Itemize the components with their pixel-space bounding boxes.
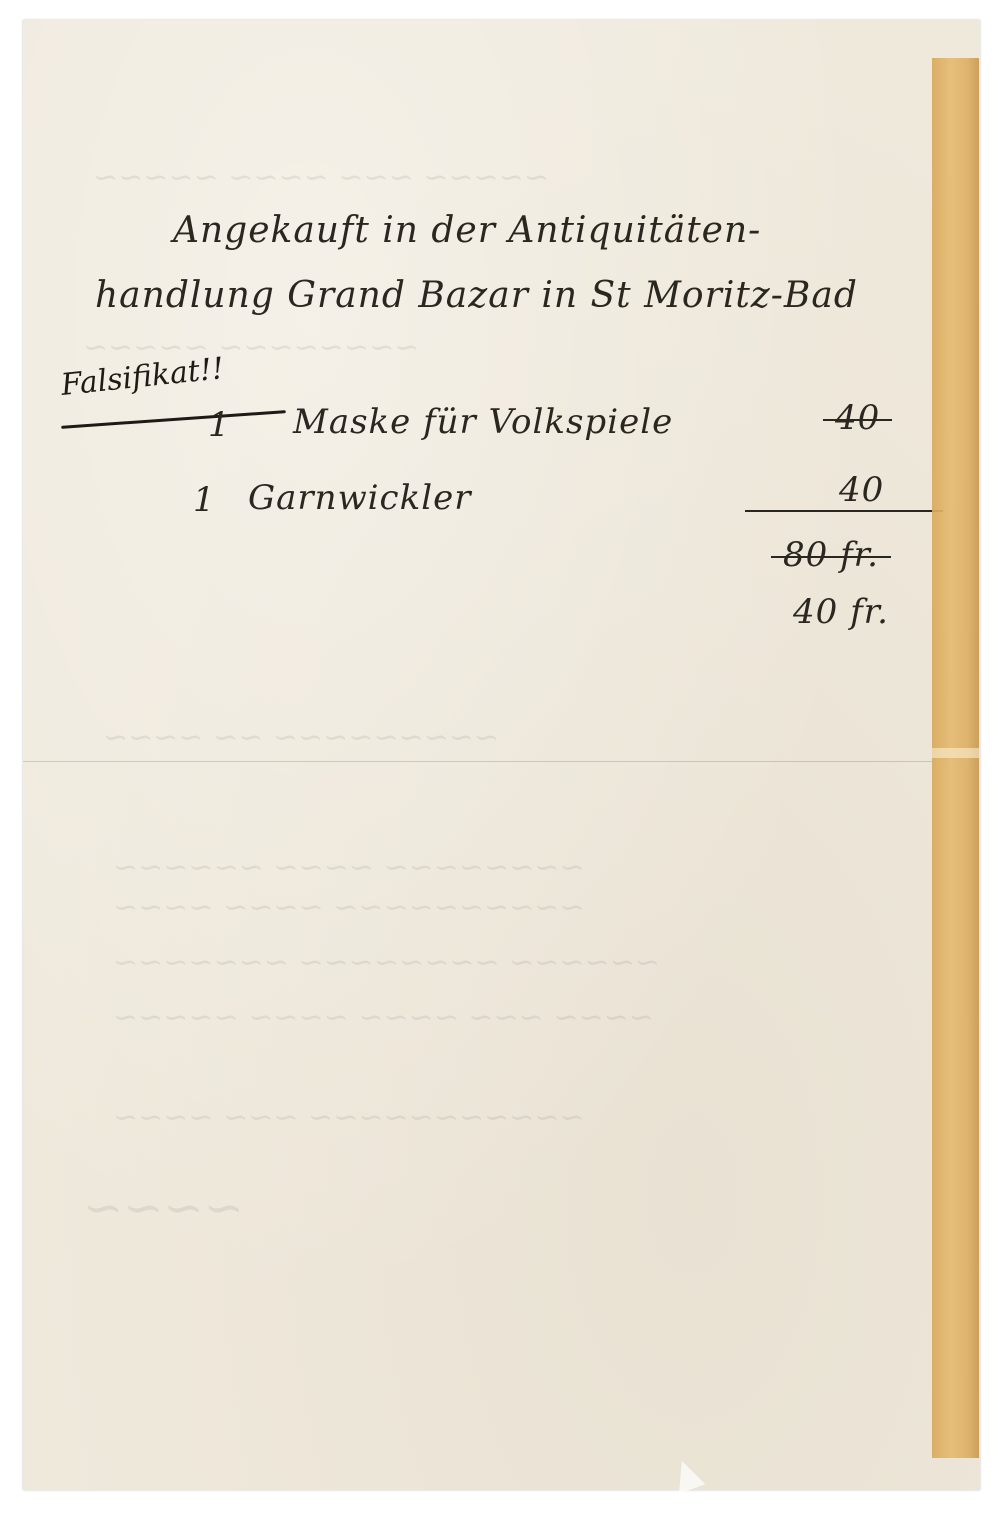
show-through-text: ~~~~~~~~~ ~~ ~~~~ [103,720,499,755]
sum-rule [745,510,943,512]
show-through-text: ~~~~~~~~~~~ ~~~ ~~~~ [113,1100,585,1135]
item-1-quantity: 1 [208,405,231,445]
show-through-text: ~~~~ ~~~ ~~~~ ~~~~ ~~~~~ [113,1000,654,1035]
heading-line-1: Angekauft in der Antiquitäten- [173,210,761,251]
total-corrected: 40 fr. [793,592,889,632]
item-2-description: Garnwickler [248,478,471,518]
total-original: 80 fr. [783,535,879,575]
show-through-text: ~~~~~~~~ ~~~~ ~~~~~~ [113,850,585,885]
tape-crease [932,748,979,758]
paper-fold-crease [23,761,933,762]
show-through-text: ~~~~~~ ~~~~~~~~ ~~~~~~~ [113,945,660,980]
item-2-price: 40 [839,470,884,510]
item-2-quantity: 1 [193,480,216,520]
adhesive-tape-strip [932,58,979,1458]
item-1-description: Maske für Volkspiele [293,402,673,442]
show-through-text: ~~~~~~~~~~ ~~~~ ~~~~ [113,890,585,925]
paper-sheet: ~~~~~ ~~~ ~~~~ ~~~~~ ~~~~~~~~ ~~~~~ ~~~~… [23,20,980,1490]
paper-tear [669,1456,706,1494]
show-through-text: ~~~~ [83,1180,244,1236]
total-original-struck: 80 fr. [783,535,879,575]
margin-note-underline [61,410,286,429]
show-through-text: ~~~~~ ~~~ ~~~~ ~~~~~ [93,160,549,195]
item-1-price-struck: 40 [835,398,880,438]
heading-line-2: handlung Grand Bazar in St Moritz-Bad [95,275,858,316]
item-1-price: 40 [835,398,880,438]
